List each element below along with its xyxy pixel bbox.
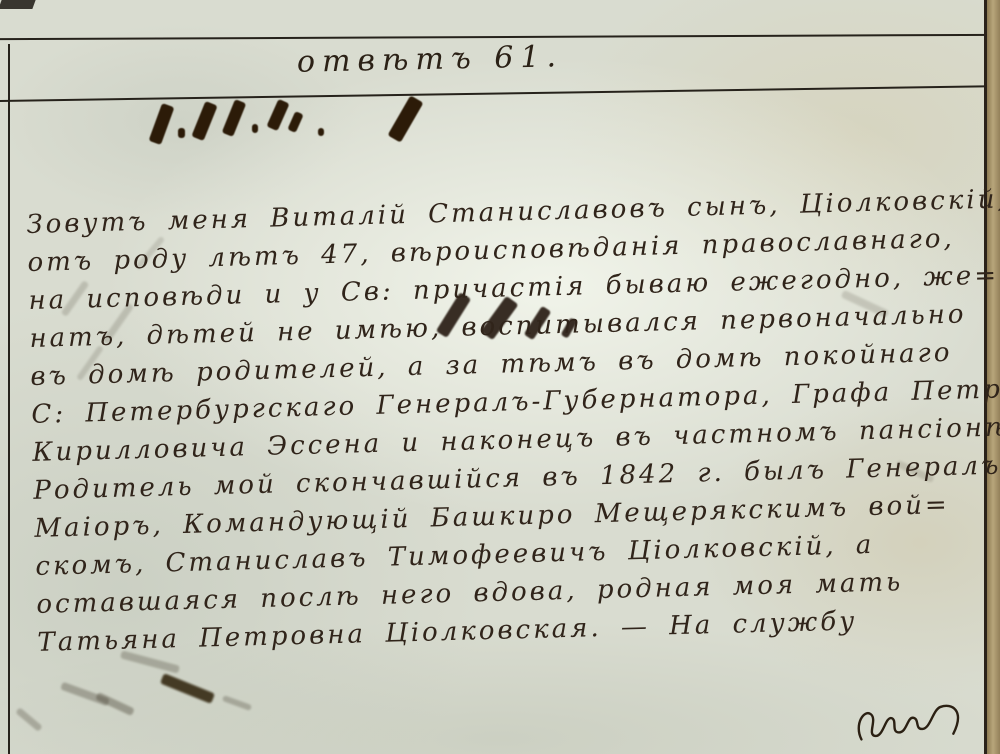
ink-smudge	[287, 111, 303, 133]
ink-smudge	[222, 99, 247, 137]
ghost-stroke	[15, 707, 42, 732]
manuscript-body: Зовутъ меня Виталій Станиславовъ сынъ, Ц…	[26, 180, 1000, 662]
ink-smudge	[266, 99, 289, 131]
dark-ink-dash	[160, 673, 215, 704]
ink-smudge	[318, 128, 324, 136]
ruled-line-header	[0, 85, 1000, 102]
ruled-line-top	[0, 34, 1000, 40]
ghost-stroke	[222, 695, 252, 711]
ruled-line-left-margin	[8, 44, 10, 754]
signature-flourish-icon	[850, 690, 975, 752]
corner-ink-mark	[0, 0, 36, 9]
manuscript-page: отвѣтъ 61. Зовутъ меня Виталій Ста	[0, 0, 1000, 754]
ink-smudge	[178, 128, 185, 138]
signature-flourish	[850, 690, 975, 754]
page-header-title: отвѣтъ 61.	[240, 38, 621, 81]
ink-smudge	[388, 95, 424, 142]
ink-smudge	[252, 124, 258, 133]
ink-smudge	[191, 101, 217, 141]
ink-smudge	[149, 103, 175, 145]
